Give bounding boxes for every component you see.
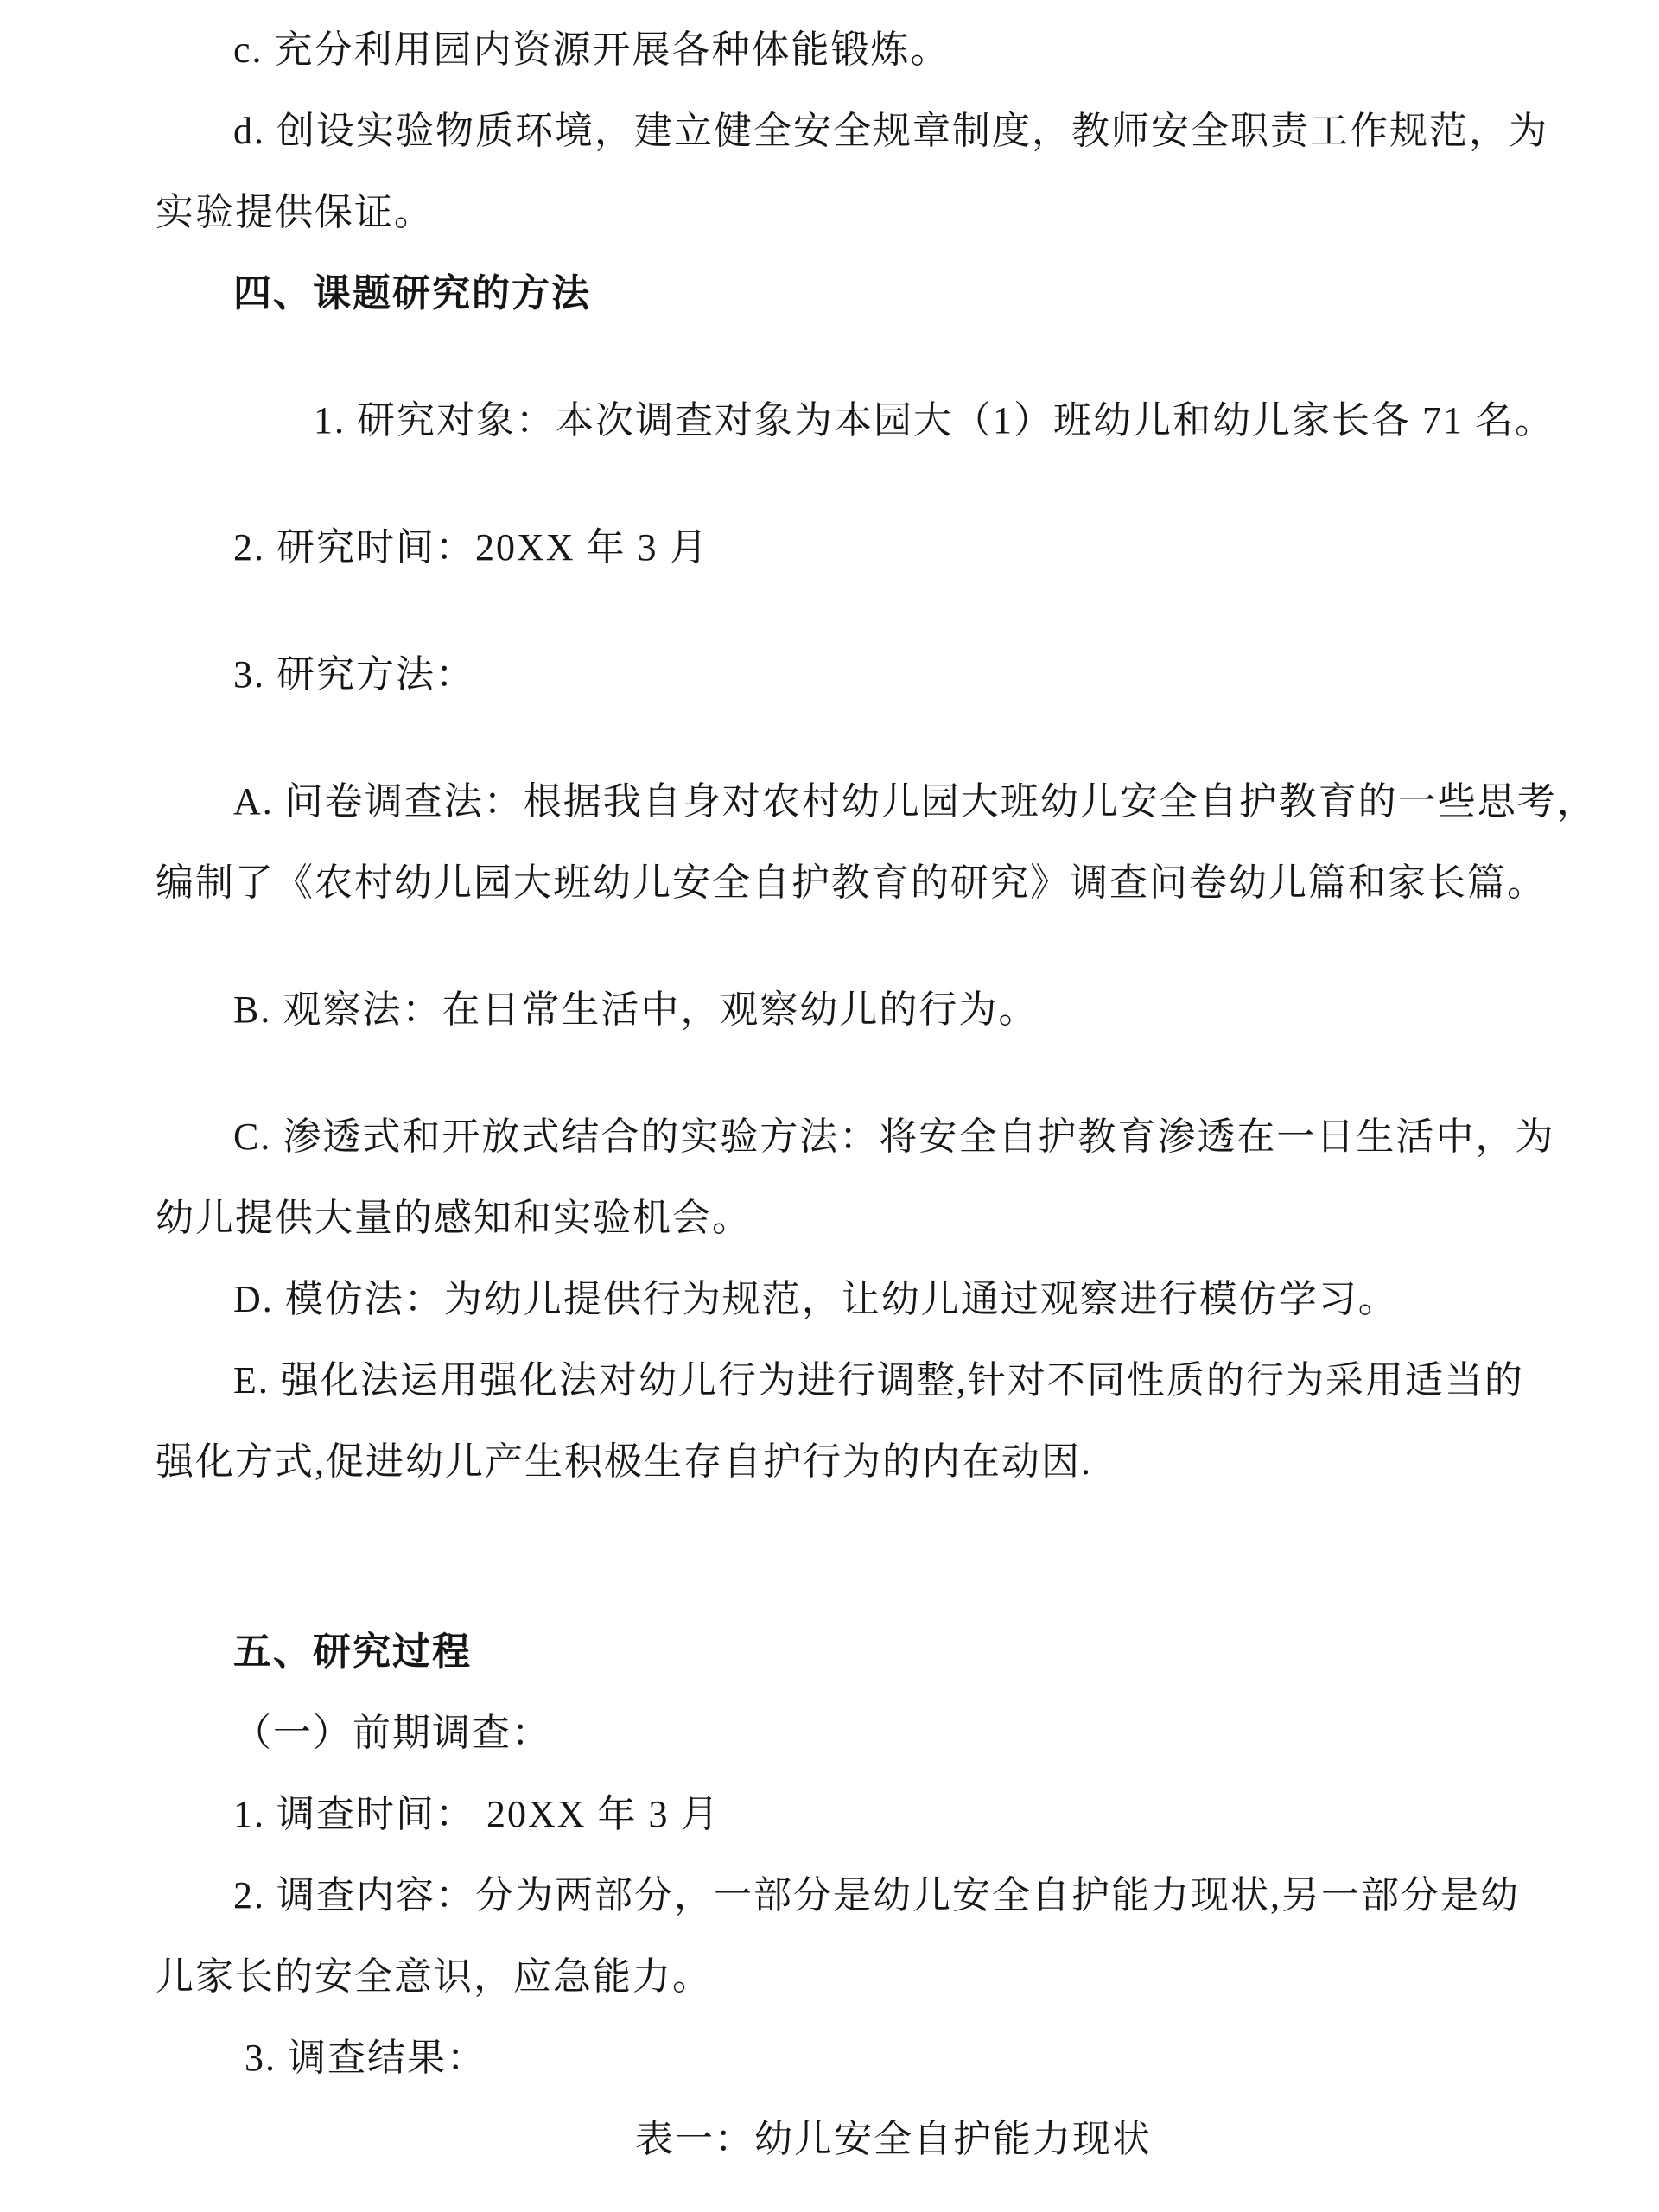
method-d-imitation: D. 模仿法：为幼儿提供行为规范，让幼儿通过观察进行模仿学习。 (156, 1259, 1538, 1340)
text-line: 2. 调查内容：分为两部分，一部分是幼儿安全自护能力现状,另一部分是幼 (233, 1855, 1538, 1936)
early-survey-label: （一）前期调查： (156, 1693, 1538, 1774)
text-line: 儿家长的安全意识，应急能力。 (156, 1936, 1538, 2018)
text-line: 1. 研究对象：本次调查对象为本园大（1）班幼儿和幼儿家长各 71 名。 (314, 380, 1538, 461)
text-line: D. 模仿法：为幼儿提供行为规范，让幼儿通过观察进行模仿学习。 (233, 1259, 1538, 1340)
text-line: d. 创设实验物质环境，建立健全安全规章制度，教师安全职责工作规范，为 (233, 91, 1538, 172)
method-b-observation: B. 观察法：在日常生活中，观察幼儿的行为。 (156, 969, 1538, 1051)
measure-item-d: d. 创设实验物质环境，建立健全安全规章制度，教师安全职责工作规范，为实验提供保… (156, 91, 1538, 253)
table-one-caption: 表一：幼儿安全自护能力现状 (156, 2099, 1538, 2180)
text-line: B. 观察法：在日常生活中，观察幼儿的行为。 (233, 969, 1538, 1051)
text-line: 表一：幼儿安全自护能力现状 (635, 2099, 1538, 2180)
research-subject: 1. 研究对象：本次调查对象为本园大（1）班幼儿和幼儿家长各 71 名。 (156, 380, 1538, 461)
text-line: E. 强化法运用强化法对幼儿行为进行调整,针对不同性质的行为采用适当的 (233, 1340, 1538, 1421)
document-page: c. 充分利用园内资源开展各种体能锻炼。d. 创设实验物质环境，建立健全安全规章… (0, 0, 1659, 2212)
text-line: 3. 研究方法： (233, 634, 1538, 715)
document-body: c. 充分利用园内资源开展各种体能锻炼。d. 创设实验物质环境，建立健全安全规章… (156, 0, 1538, 2180)
method-a-questionnaire: A. 问卷调查法：根据我自身对农村幼儿园大班幼儿安全自护教育的一些思考，编制了《… (156, 761, 1538, 924)
method-c-experiment: C. 渗透式和开放式结合的实验方法：将安全自护教育渗透在一日生活中，为幼儿提供大… (156, 1096, 1538, 1259)
survey-time: 1. 调查时间： 20XX 年 3 月 (156, 1774, 1538, 1855)
text-line: A. 问卷调查法：根据我自身对农村幼儿园大班幼儿安全自护教育的一些思考， (233, 761, 1538, 842)
text-line: （一）前期调查： (233, 1693, 1538, 1774)
method-e-reinforcement: E. 强化法运用强化法对幼儿行为进行调整,针对不同性质的行为采用适当的强化方式,… (156, 1340, 1538, 1503)
survey-result-label: 3. 调查结果： (156, 2018, 1538, 2099)
text-line: 3. 调查结果： (233, 2018, 1538, 2099)
research-method-label: 3. 研究方法： (156, 634, 1538, 715)
heading-text: 五、研究过程 (233, 1611, 1538, 1693)
text-line: 实验提供保证。 (156, 172, 1538, 253)
text-line: 强化方式,促进幼儿产生积极生存自护行为的内在动因. (156, 1421, 1538, 1503)
text-line: 编制了《农村幼儿园大班幼儿安全自护教育的研究》调查问卷幼儿篇和家长篇。 (156, 842, 1538, 924)
text-line: 幼儿提供大量的感知和实验机会。 (156, 1178, 1538, 1259)
text-line: 1. 调查时间： 20XX 年 3 月 (233, 1774, 1538, 1855)
text-line: C. 渗透式和开放式结合的实验方法：将安全自护教育渗透在一日生活中，为 (233, 1096, 1538, 1178)
survey-content: 2. 调查内容：分为两部分，一部分是幼儿安全自护能力现状,另一部分是幼儿家长的安… (156, 1855, 1538, 2018)
section-heading-5: 五、研究过程 (156, 1611, 1538, 1693)
heading-text: 四、课题研究的方法 (233, 253, 1538, 334)
research-time: 2. 研究时间：20XX 年 3 月 (156, 507, 1538, 588)
section-heading-4: 四、课题研究的方法 (156, 253, 1538, 334)
text-line: 2. 研究时间：20XX 年 3 月 (233, 507, 1538, 588)
measure-item-c: c. 充分利用园内资源开展各种体能锻炼。 (156, 10, 1538, 91)
text-line: c. 充分利用园内资源开展各种体能锻炼。 (233, 10, 1538, 91)
